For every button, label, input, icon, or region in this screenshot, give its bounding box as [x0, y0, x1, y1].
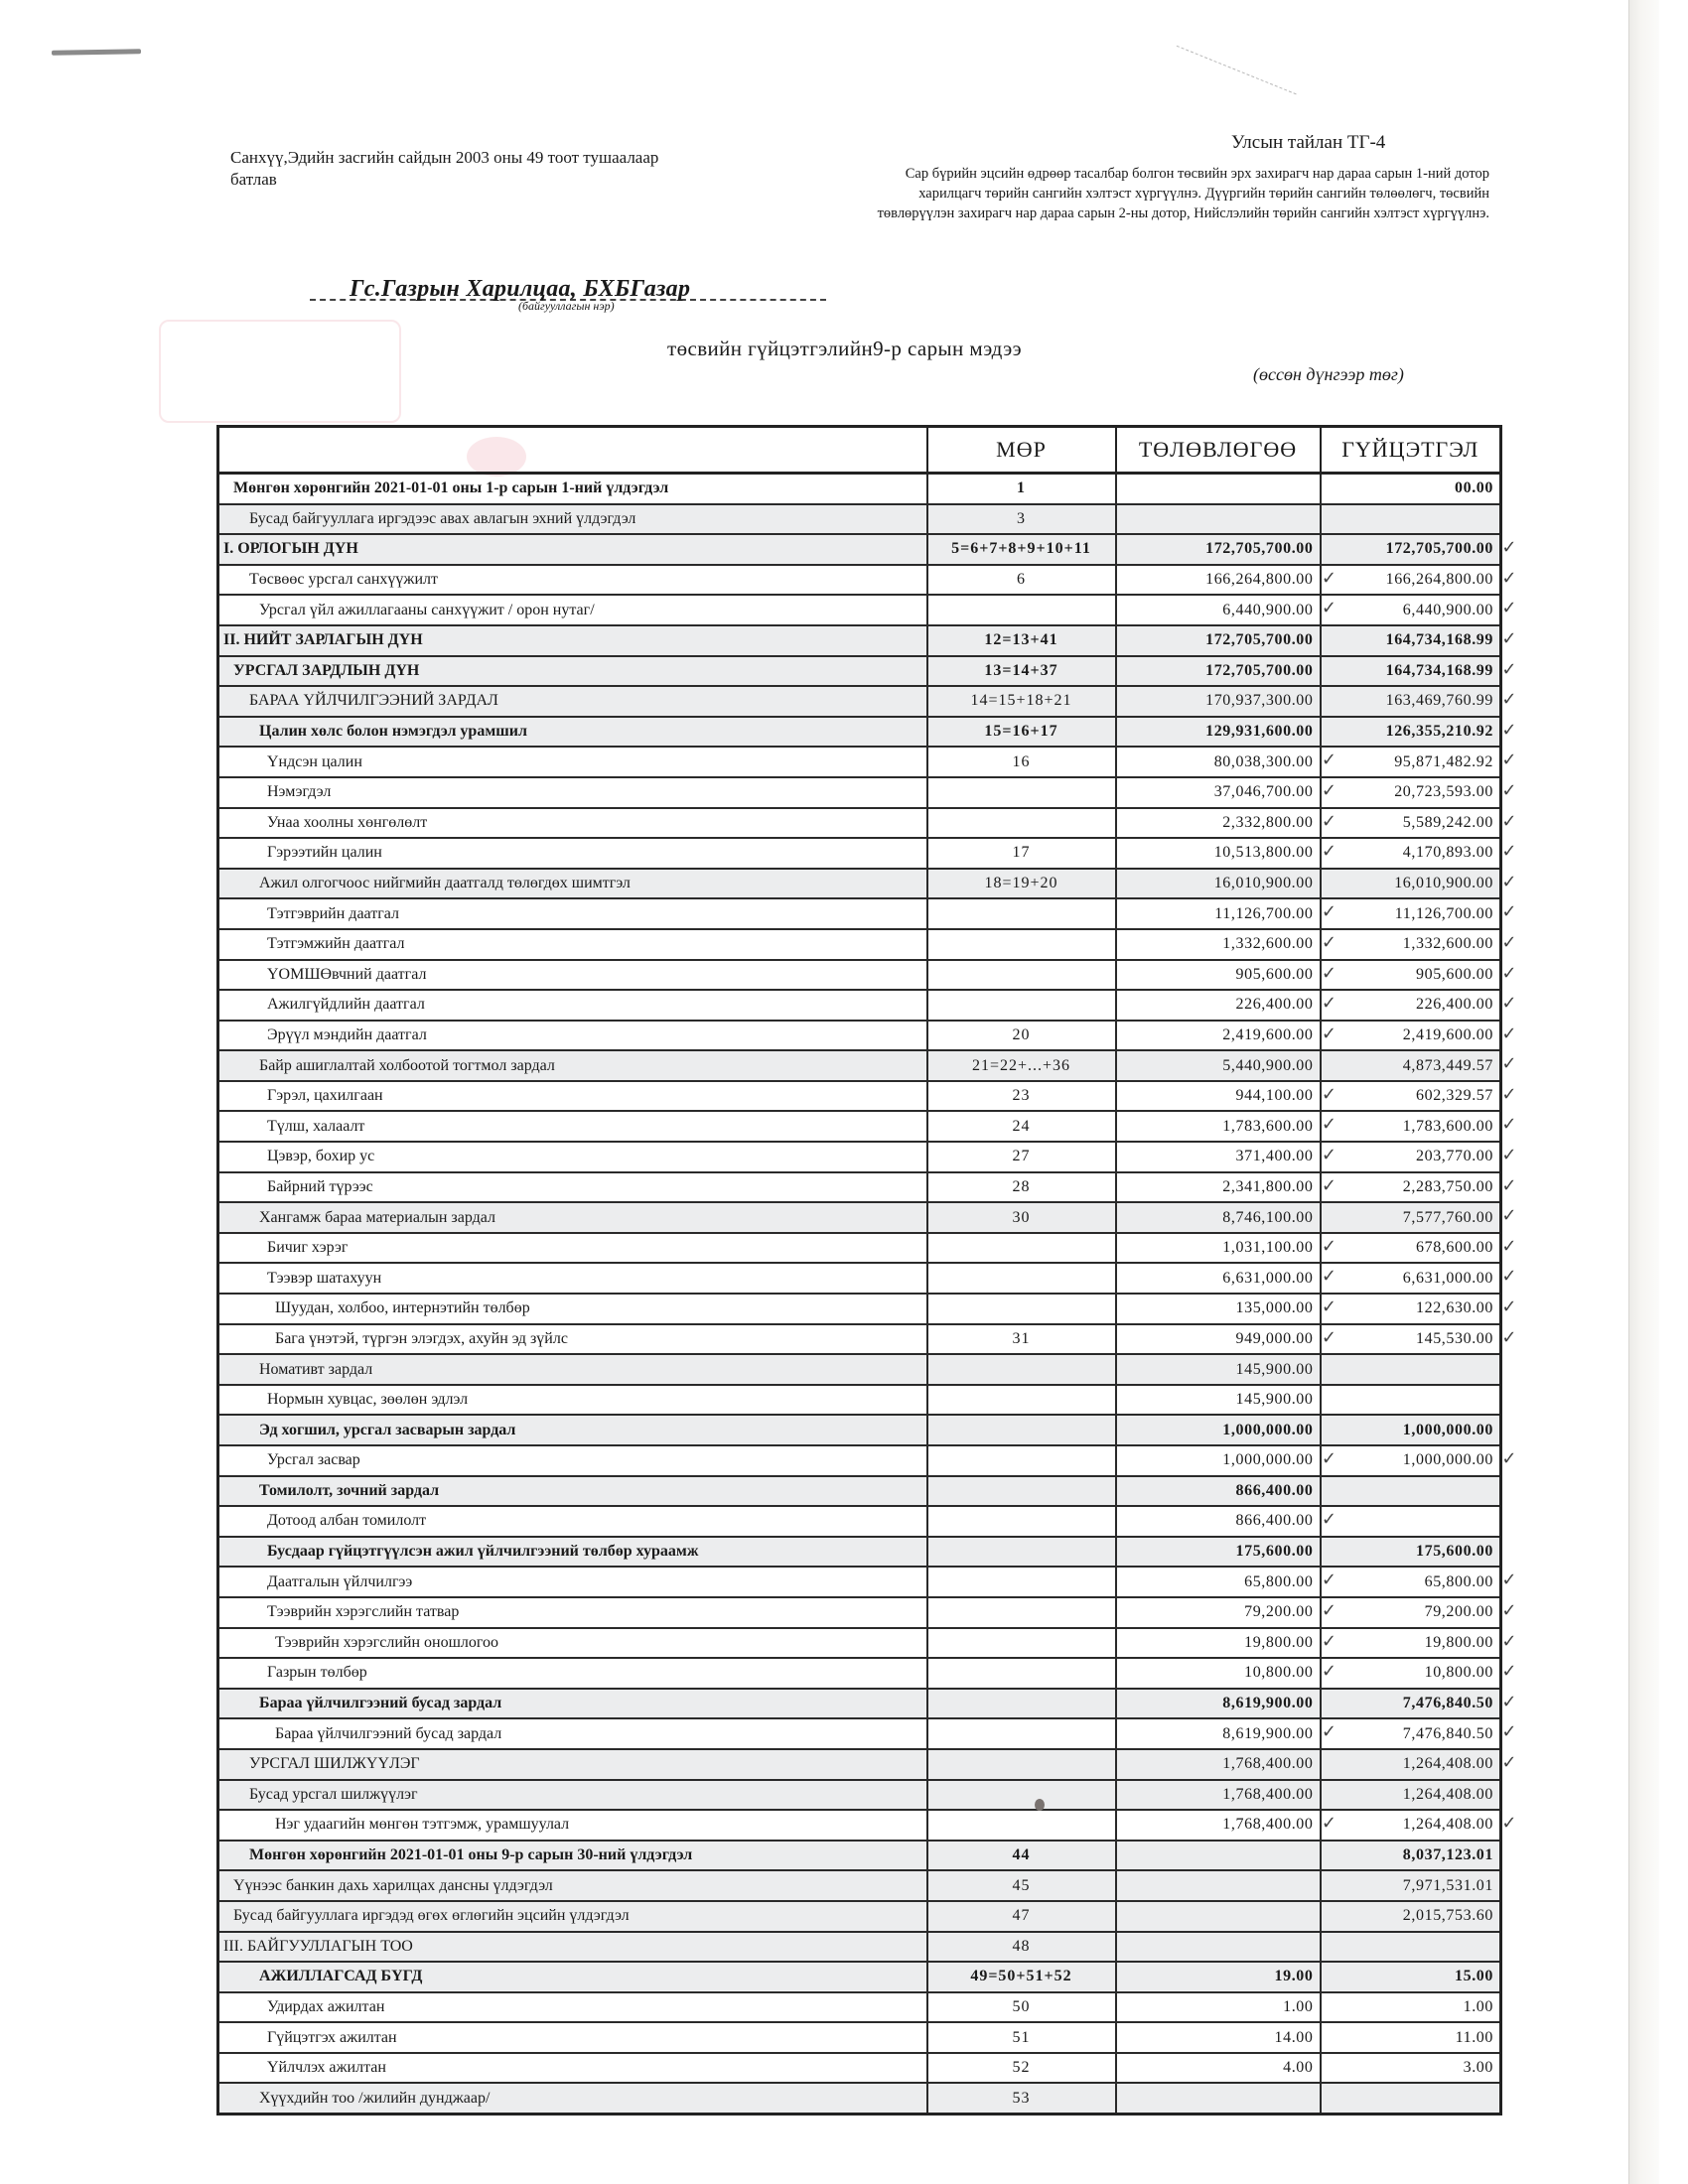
- table-row: Ажилгүйдлийн даатгал226,400.00✓226,400.0…: [218, 990, 1501, 1021]
- plan-value-cell: 1,768,400.00✓: [1116, 1810, 1321, 1841]
- table-row: Төсвөөс урсгал санхүүжилт6166,264,800.00…: [218, 565, 1501, 596]
- check-mark-icon: ✓: [1501, 1084, 1517, 1106]
- plan-value-cell-value: 14.00: [1275, 2029, 1314, 2046]
- table-row: Номативт зардал145,900.00✓: [218, 1354, 1501, 1385]
- plan-value-cell: 949,000.00✓: [1116, 1324, 1321, 1355]
- plan-value-cell: 1,000,000.00: [1116, 1415, 1321, 1445]
- table-header-row: МӨР ТӨЛӨВЛӨГӨӨ ГҮЙЦЭТГЭЛ: [218, 427, 1501, 474]
- check-mark-icon: ✓: [1501, 1205, 1517, 1227]
- plan-value-cell-value: 170,937,300.00: [1205, 692, 1313, 709]
- check-mark-icon: ✓: [1501, 1266, 1517, 1288]
- actual-value-cell: 1,000,000.00: [1321, 1415, 1501, 1445]
- plan-value-cell: 226,400.00✓: [1116, 990, 1321, 1021]
- row-code: 51: [927, 2022, 1116, 2053]
- plan-value-cell-value: 11,126,700.00: [1214, 905, 1313, 922]
- actual-value-cell: [1321, 1932, 1501, 1963]
- row-label: Бичиг хэрэг: [218, 1233, 927, 1264]
- row-code: 49=50+51+52: [927, 1962, 1116, 1992]
- row-code: 53: [927, 2083, 1116, 2114]
- actual-value-cell: 203,770.00✓: [1321, 1142, 1501, 1172]
- actual-value-cell: 602,329.57✓: [1321, 1081, 1501, 1112]
- table-row: Бусад урсгал шилжүүлэг1,768,400.001,264,…: [218, 1780, 1501, 1811]
- actual-value-cell: 2,283,750.00✓: [1321, 1172, 1501, 1203]
- plan-value-cell-value: 2,341,800.00: [1222, 1178, 1313, 1195]
- table-row: Дотоод албан томилолт866,400.00✓: [218, 1506, 1501, 1537]
- actual-value-cell-value: 1,783,600.00: [1403, 1118, 1493, 1135]
- row-label: Хүүхдийн тоо /жилийн дунджаар/: [218, 2083, 927, 2114]
- check-mark-icon: ✓: [1501, 659, 1517, 681]
- row-code: [927, 1658, 1116, 1689]
- row-label: БАРАА ҮЙЛЧИЛГЭЭНИЙ ЗАРДАЛ: [218, 686, 927, 717]
- row-code: [927, 595, 1116, 625]
- plan-value-cell: 14.00: [1116, 2022, 1321, 2053]
- actual-value-cell: 2,419,600.00✓: [1321, 1021, 1501, 1051]
- actual-value-cell-value: 1.00: [1464, 1998, 1493, 2015]
- row-code: 5=6+7+8+9+10+11: [927, 534, 1116, 565]
- actual-value-cell: [1321, 1506, 1501, 1537]
- row-code: 12=13+41: [927, 625, 1116, 656]
- row-code: [927, 1718, 1116, 1749]
- actual-value-cell-value: 7,476,840.50: [1403, 1695, 1493, 1711]
- actual-value-cell: 3.00: [1321, 2053, 1501, 2084]
- row-label: III. БАЙГУУЛЛАГЫН ТОО: [218, 1932, 927, 1963]
- check-mark-icon: ✓: [1501, 872, 1517, 893]
- actual-value-cell-value: 1,264,408.00: [1403, 1816, 1493, 1833]
- plan-value-cell: 166,264,800.00✓: [1116, 565, 1321, 596]
- plan-value-cell-value: 226,400.00: [1236, 996, 1314, 1013]
- row-code: [927, 1445, 1116, 1476]
- plan-value-cell: [1116, 1901, 1321, 1932]
- row-code: 30: [927, 1202, 1116, 1233]
- actual-value-cell: 5,589,242.00✓: [1321, 808, 1501, 839]
- actual-value-cell-value: 95,871,482.92: [1394, 753, 1493, 770]
- plan-value-cell: 1.00: [1116, 1992, 1321, 2023]
- row-label: Мөнгөн хөрөнгийн 2021-01-01 оны 9-р сары…: [218, 1841, 927, 1871]
- table-row: Даатгалын үйлчилгээ65,800.00✓65,800.00✓: [218, 1567, 1501, 1597]
- plan-value-cell: 79,200.00✓: [1116, 1597, 1321, 1628]
- table-row: Байрний түрээс282,341,800.00✓2,283,750.0…: [218, 1172, 1501, 1203]
- row-label: Гэрэл, цахилгаан: [218, 1081, 927, 1112]
- paper-edge: [1628, 0, 1659, 2184]
- row-code: [927, 1506, 1116, 1537]
- plan-value-cell-value: 19.00: [1275, 1968, 1314, 1984]
- actual-value-cell: [1321, 2083, 1501, 2114]
- table-row: УРСГАЛ ЗАРДЛЫН ДҮН13=14+37172,705,700.00…: [218, 656, 1501, 687]
- plan-value-cell: 2,332,800.00✓: [1116, 808, 1321, 839]
- plan-value-cell: 2,419,600.00✓: [1116, 1021, 1321, 1051]
- row-label: УРСГАЛ ЗАРДЛЫН ДҮН: [218, 656, 927, 687]
- row-code: [927, 777, 1116, 808]
- scan-mark: [52, 49, 141, 56]
- plan-value-cell: 65,800.00✓: [1116, 1567, 1321, 1597]
- check-mark-icon: ✓: [1501, 963, 1517, 985]
- row-label: Тээвэр шатахуун: [218, 1263, 927, 1294]
- actual-value-cell: 11,126,700.00✓: [1321, 898, 1501, 929]
- row-code: 1: [927, 474, 1116, 504]
- table-row: Эрүүл мэндийн даатгал202,419,600.00✓2,41…: [218, 1021, 1501, 1051]
- row-code: [927, 1476, 1116, 1507]
- plan-value-cell: 37,046,700.00✓: [1116, 777, 1321, 808]
- plan-value-cell: 19.00: [1116, 1962, 1321, 1992]
- plan-value-cell-value: 16,010,900.00: [1214, 875, 1314, 891]
- row-label: Тэтгэврийн даатгал: [218, 898, 927, 929]
- row-code: 48: [927, 1932, 1116, 1963]
- actual-value-cell-value: 7,476,840.50: [1403, 1725, 1493, 1742]
- plan-value-cell-value: 145,900.00: [1236, 1391, 1314, 1408]
- col-header-plan: ТӨЛӨВЛӨГӨӨ: [1116, 427, 1321, 474]
- table-row: Тэтгэврийн даатгал11,126,700.00✓11,126,7…: [218, 898, 1501, 929]
- row-label: Цалин хөлс болон нэмэгдэл урамшил: [218, 717, 927, 748]
- row-label: Байрний түрээс: [218, 1172, 927, 1203]
- table-row: Томилолт, зочний зардал866,400.00: [218, 1476, 1501, 1507]
- actual-value-cell: 1,783,600.00✓: [1321, 1111, 1501, 1142]
- row-label: Ажил олгогчоос нийгмийн даатгалд төлөгдө…: [218, 869, 927, 899]
- table-row: Унаа хоолны хөнгөлөлт2,332,800.00✓5,589,…: [218, 808, 1501, 839]
- actual-value-cell: 6,631,000.00✓: [1321, 1263, 1501, 1294]
- plan-value-cell-value: 8,619,900.00: [1222, 1725, 1313, 1742]
- plan-value-cell-value: 866,400.00: [1236, 1512, 1314, 1529]
- actual-value-cell-value: 905,600.00: [1416, 966, 1493, 983]
- row-code: [927, 1537, 1116, 1568]
- actual-value-cell: 20,723,593.00✓: [1321, 777, 1501, 808]
- row-code: 16: [927, 747, 1116, 777]
- check-mark-icon: ✓: [1501, 1752, 1517, 1774]
- row-label: Номативт зардал: [218, 1354, 927, 1385]
- row-label: I. ОРЛОГЫН ДҮН: [218, 534, 927, 565]
- check-mark-icon: ✓: [1501, 1114, 1517, 1136]
- plan-value-cell: 1,768,400.00✓: [1116, 1749, 1321, 1780]
- actual-value-cell: [1321, 1354, 1501, 1385]
- row-code: [927, 1780, 1116, 1811]
- table-row: Түлш, халаалт241,783,600.00✓1,783,600.00…: [218, 1111, 1501, 1142]
- plan-value-cell-value: 1,768,400.00: [1222, 1786, 1313, 1803]
- table-row: III. БАЙГУУЛЛАГЫН ТОО48: [218, 1932, 1501, 1963]
- plan-value-cell: [1116, 1932, 1321, 1963]
- table-row: Цалин хөлс болон нэмэгдэл урамшил15=16+1…: [218, 717, 1501, 748]
- plan-value-cell-value: 4.00: [1283, 2059, 1313, 2076]
- actual-value-cell: 10,800.00✓: [1321, 1658, 1501, 1689]
- actual-value-cell: 7,971,531.01: [1321, 1870, 1501, 1901]
- row-code: [927, 1628, 1116, 1659]
- plan-value-cell-value: 172,705,700.00: [1205, 631, 1313, 648]
- table-row: Байр ашиглалтай холбоотой тогтмол зардал…: [218, 1050, 1501, 1081]
- fold-mark: [1176, 46, 1296, 96]
- row-label: Бусдаар гүйцэтгүүлсэн ажил үйлчилгээний …: [218, 1537, 927, 1568]
- row-label: Хангамж бараа материалын зардал: [218, 1202, 927, 1233]
- plan-value-cell-value: 145,900.00: [1236, 1361, 1314, 1378]
- actual-value-cell-value: 20,723,593.00: [1394, 783, 1493, 800]
- actual-value-cell-value: 15.00: [1455, 1968, 1493, 1984]
- table-row: Шуудан, холбоо, интернэтийн төлбөр135,00…: [218, 1294, 1501, 1324]
- table-row: Тээврийн хэрэгслийн татвар79,200.00✓79,2…: [218, 1597, 1501, 1628]
- plan-value-cell: 1,768,400.00: [1116, 1780, 1321, 1811]
- plan-value-cell-value: 2,332,800.00: [1222, 814, 1313, 831]
- table-row: Ажил олгогчоос нийгмийн даатгалд төлөгдө…: [218, 869, 1501, 899]
- actual-value-cell: 122,630.00✓: [1321, 1294, 1501, 1324]
- plan-value-cell: 6,440,900.00✓: [1116, 595, 1321, 625]
- table-row: Хүүхдийн тоо /жилийн дунджаар/53: [218, 2083, 1501, 2114]
- row-label: Нормын хувцас, зөөлөн эдлэл: [218, 1385, 927, 1416]
- actual-value-cell: 226,400.00✓: [1321, 990, 1501, 1021]
- actual-value-cell-value: 166,264,800.00: [1386, 571, 1493, 588]
- row-code: [927, 990, 1116, 1021]
- actual-value-cell: 1,000,000.00✓: [1321, 1445, 1501, 1476]
- plan-value-cell-value: 8,619,900.00: [1222, 1695, 1313, 1711]
- row-label: Гэрээтийн цалин: [218, 838, 927, 869]
- check-mark-icon: ✓: [1501, 780, 1517, 802]
- table-row: Нэг удаагийн мөнгөн тэтгэмж, урамшуулал1…: [218, 1810, 1501, 1841]
- plan-value-cell: 1,000,000.00✓: [1116, 1445, 1321, 1476]
- actual-value-cell-value: 00.00: [1455, 479, 1493, 496]
- table-row: Бага үнэтэй, түргэн элэгдэх, ахуйн эд зү…: [218, 1324, 1501, 1355]
- check-mark-icon: ✓: [1501, 750, 1517, 771]
- plan-value-cell: 129,931,600.00✓: [1116, 717, 1321, 748]
- check-mark-icon: ✓: [1501, 993, 1517, 1015]
- row-label: Ажилгүйдлийн даатгал: [218, 990, 927, 1021]
- plan-value-cell-value: 1,000,000.00: [1222, 1451, 1313, 1468]
- row-code: [927, 1263, 1116, 1294]
- check-mark-icon: ✓: [1501, 1236, 1517, 1258]
- row-code: 21=22+...+36: [927, 1050, 1116, 1081]
- plan-value-cell: 866,400.00: [1116, 1476, 1321, 1507]
- table-row: ҮОМШӨвчний даатгал905,600.00✓905,600.00✓: [218, 960, 1501, 991]
- check-mark-icon: ✓: [1501, 1145, 1517, 1166]
- actual-value-cell-value: 122,630.00: [1416, 1299, 1493, 1316]
- actual-value-cell: 126,355,210.92✓: [1321, 717, 1501, 748]
- actual-value-cell-value: 3.00: [1464, 2059, 1493, 2076]
- actual-value-cell: 145,530.00✓: [1321, 1324, 1501, 1355]
- plan-value-cell: 172,705,700.00✓: [1116, 656, 1321, 687]
- plan-value-cell-value: 905,600.00: [1236, 966, 1314, 983]
- actual-value-cell-value: 8,037,123.01: [1403, 1846, 1493, 1863]
- plan-value-cell: 905,600.00✓: [1116, 960, 1321, 991]
- row-code: 45: [927, 1870, 1116, 1901]
- table-row: Цэвэр, бохир ус27371,400.00✓203,770.00✓: [218, 1142, 1501, 1172]
- row-code: [927, 808, 1116, 839]
- actual-value-cell-value: 163,469,760.99: [1386, 692, 1493, 709]
- row-label: Үйлчлэх ажилтан: [218, 2053, 927, 2084]
- actual-value-cell-value: 11.00: [1456, 2029, 1493, 2046]
- check-mark-icon: ✓: [1501, 537, 1517, 559]
- actual-value-cell: 7,476,840.50✓: [1321, 1689, 1501, 1719]
- actual-value-cell-value: 2,015,753.60: [1403, 1907, 1493, 1924]
- row-label: Удирдах ажилтан: [218, 1992, 927, 2023]
- plan-value-cell-value: 19,800.00: [1244, 1634, 1313, 1651]
- plan-value-cell-value: 1,332,600.00: [1222, 935, 1313, 952]
- row-label: Нэмэгдэл: [218, 777, 927, 808]
- actual-value-cell-value: 1,332,600.00: [1403, 935, 1493, 952]
- check-mark-icon: ✓: [1501, 689, 1517, 711]
- row-label: Бараа үйлчилгээний бусад зардал: [218, 1689, 927, 1719]
- actual-value-cell-value: 226,400.00: [1416, 996, 1493, 1013]
- actual-value-cell: 163,469,760.99✓: [1321, 686, 1501, 717]
- plan-value-cell: 4.00: [1116, 2053, 1321, 2084]
- row-code: [927, 1354, 1116, 1385]
- row-label: Байр ашиглалтай холбоотой тогтмол зардал: [218, 1050, 927, 1081]
- plan-value-cell: 8,619,900.00✓: [1116, 1689, 1321, 1719]
- row-code: [927, 1294, 1116, 1324]
- row-code: [927, 1567, 1116, 1597]
- actual-value-cell: [1321, 504, 1501, 535]
- plan-value-cell: 135,000.00✓: [1116, 1294, 1321, 1324]
- actual-value-cell: 175,600.00: [1321, 1537, 1501, 1568]
- check-mark-icon: ✓: [1501, 1297, 1517, 1318]
- actual-value-cell-value: 4,873,449.57: [1403, 1057, 1493, 1074]
- plan-value-cell: 1,332,600.00✓: [1116, 929, 1321, 960]
- row-code: 14=15+18+21: [927, 686, 1116, 717]
- row-label: Нэг удаагийн мөнгөн тэтгэмж, урамшуулал: [218, 1810, 927, 1841]
- actual-value-cell-value: 164,734,168.99: [1386, 662, 1493, 679]
- faded-stamp: [159, 320, 401, 423]
- actual-value-cell-value: 16,010,900.00: [1394, 875, 1493, 891]
- actual-value-cell: 4,873,449.57✓: [1321, 1050, 1501, 1081]
- actual-value-cell: 1,264,408.00✓: [1321, 1749, 1501, 1780]
- plan-value-cell-value: 371,400.00: [1236, 1148, 1314, 1164]
- plan-value-cell: 6,631,000.00✓: [1116, 1263, 1321, 1294]
- check-mark-icon: ✓: [1501, 1692, 1517, 1713]
- table-row: Нормын хувцас, зөөлөн эдлэл145,900.00: [218, 1385, 1501, 1416]
- row-code: 44: [927, 1841, 1116, 1871]
- plan-value-cell-value: 1,000,000.00: [1222, 1422, 1313, 1438]
- table-row: Мөнгөн хөрөнгийн 2021-01-01 оны 1-р сары…: [218, 474, 1501, 504]
- plan-value-cell: 1,783,600.00✓: [1116, 1111, 1321, 1142]
- row-label: Тээврийн хэрэгслийн татвар: [218, 1597, 927, 1628]
- row-code: [927, 1810, 1116, 1841]
- row-label: ҮОМШӨвчний даатгал: [218, 960, 927, 991]
- col-header-row: МӨР: [927, 427, 1116, 474]
- row-label: Түлш, халаалт: [218, 1111, 927, 1142]
- table-row: Тээврийн хэрэгслийн оношлогоо19,800.00✓1…: [218, 1628, 1501, 1659]
- check-mark-icon: ✓: [1501, 1600, 1517, 1622]
- row-label: Бусад урсгал шилжүүлэг: [218, 1780, 927, 1811]
- table-row: Тэтгэмжийн даатгал1,332,600.00✓1,332,600…: [218, 929, 1501, 960]
- check-mark-icon: ✓: [1501, 598, 1517, 619]
- plan-value-cell: 5,440,900.00✓: [1116, 1050, 1321, 1081]
- plan-value-cell-value: 949,000.00: [1236, 1330, 1314, 1347]
- check-mark-icon: ✓: [1501, 628, 1517, 650]
- row-code: 17: [927, 838, 1116, 869]
- table-row: Нэмэгдэл37,046,700.00✓20,723,593.00✓: [218, 777, 1501, 808]
- table-row: Удирдах ажилтан501.001.00: [218, 1992, 1501, 2023]
- table-row: БАРАА ҮЙЛЧИЛГЭЭНИЙ ЗАРДАЛ14=15+18+21170,…: [218, 686, 1501, 717]
- actual-value-cell-value: 203,770.00: [1416, 1148, 1493, 1164]
- plan-value-cell: 944,100.00✓: [1116, 1081, 1321, 1112]
- budget-execution-table: МӨР ТӨЛӨВЛӨГӨӨ ГҮЙЦЭТГЭЛ Мөнгөн хөрөнгий…: [216, 425, 1502, 2116]
- plan-value-cell: 19,800.00✓: [1116, 1628, 1321, 1659]
- table-row: АЖИЛЛАГСАД БҮГД49=50+51+5219.0015.00: [218, 1962, 1501, 1992]
- plan-value-cell: [1116, 2083, 1321, 2114]
- row-label: Урсгал засвар: [218, 1445, 927, 1476]
- row-label: Бусад байгууллага иргэдэд өгөх өглөгийн …: [218, 1901, 927, 1932]
- row-code: [927, 1689, 1116, 1719]
- plan-value-cell-value: 866,400.00: [1236, 1482, 1314, 1499]
- row-label: Томилолт, зочний зардал: [218, 1476, 927, 1507]
- table-row: II. НИЙТ ЗАРЛАГЫН ДҮН12=13+41172,705,700…: [218, 625, 1501, 656]
- check-mark-icon: ✓: [1501, 1661, 1517, 1683]
- plan-value-cell-value: 37,046,700.00: [1214, 783, 1314, 800]
- row-code: [927, 1597, 1116, 1628]
- approval-line-2: батлав: [230, 169, 786, 191]
- plan-value-cell-value: 10,513,800.00: [1214, 844, 1314, 861]
- row-code: 31: [927, 1324, 1116, 1355]
- row-label: Бага үнэтэй, түргэн элэгдэх, ахуйн эд зү…: [218, 1324, 927, 1355]
- plan-value-cell: 175,600.00: [1116, 1537, 1321, 1568]
- plan-value-cell-value: 10,800.00: [1244, 1664, 1313, 1681]
- actual-value-cell: 1.00: [1321, 1992, 1501, 2023]
- check-mark-icon: ✓: [1501, 1570, 1517, 1591]
- actual-value-cell-value: 172,705,700.00: [1386, 540, 1493, 557]
- check-mark-icon: ✓: [1501, 1024, 1517, 1045]
- actual-value-cell: 79,200.00✓: [1321, 1597, 1501, 1628]
- plan-value-cell-value: 1,783,600.00: [1222, 1118, 1313, 1135]
- plan-value-cell-value: 6,631,000.00: [1222, 1270, 1313, 1287]
- row-code: [927, 1233, 1116, 1264]
- table-row: Гэрэл, цахилгаан23944,100.00✓602,329.57✓: [218, 1081, 1501, 1112]
- row-code: 20: [927, 1021, 1116, 1051]
- plan-value-cell: 170,937,300.00✓: [1116, 686, 1321, 717]
- plan-value-cell-value: 129,931,600.00: [1205, 723, 1313, 740]
- actual-value-cell: 172,705,700.00✓: [1321, 534, 1501, 565]
- table-row: Хангамж бараа материалын зардал308,746,1…: [218, 1202, 1501, 1233]
- plan-value-cell: 16,010,900.00✓: [1116, 869, 1321, 899]
- table-row: Бараа үйлчилгээний бусад зардал8,619,900…: [218, 1689, 1501, 1719]
- col-header-name: [218, 427, 927, 474]
- row-code: [927, 929, 1116, 960]
- plan-value-cell: 8,619,900.00✓: [1116, 1718, 1321, 1749]
- plan-value-cell: [1116, 504, 1321, 535]
- row-code: 6: [927, 565, 1116, 596]
- actual-value-cell-value: 65,800.00: [1425, 1573, 1493, 1590]
- table-row: УРСГАЛ ШИЛЖҮҮЛЭГ1,768,400.00✓1,264,408.0…: [218, 1749, 1501, 1780]
- row-label: Тээврийн хэрэгслийн оношлогоо: [218, 1628, 927, 1659]
- check-mark-icon: ✓: [1501, 811, 1517, 833]
- row-code: 27: [927, 1142, 1116, 1172]
- actual-value-cell: 6,440,900.00✓: [1321, 595, 1501, 625]
- actual-value-cell: 7,577,760.00✓: [1321, 1202, 1501, 1233]
- row-label: Мөнгөн хөрөнгийн 2021-01-01 оны 1-р сары…: [218, 474, 927, 504]
- check-mark-icon: ✓: [1501, 932, 1517, 954]
- row-label: Үүнээс банкин дахь харилцах дансны үлдэг…: [218, 1870, 927, 1901]
- actual-value-cell: 00.00: [1321, 474, 1501, 504]
- row-label: Цэвэр, бохир ус: [218, 1142, 927, 1172]
- actual-value-cell-value: 6,631,000.00: [1403, 1270, 1493, 1287]
- actual-value-cell: 11.00: [1321, 2022, 1501, 2053]
- plan-value-cell: 11,126,700.00✓: [1116, 898, 1321, 929]
- plan-value-cell: 145,900.00✓: [1116, 1354, 1321, 1385]
- actual-value-cell: 2,015,753.60: [1321, 1901, 1501, 1932]
- row-label: Шуудан, холбоо, интернэтийн төлбөр: [218, 1294, 927, 1324]
- actual-value-cell: [1321, 1476, 1501, 1507]
- plan-value-cell-value: 172,705,700.00: [1205, 662, 1313, 679]
- actual-value-cell: 905,600.00✓: [1321, 960, 1501, 991]
- table-row: Гэрээтийн цалин1710,513,800.00✓4,170,893…: [218, 838, 1501, 869]
- col-header-actual: ГҮЙЦЭТГЭЛ: [1321, 427, 1501, 474]
- actual-value-cell: 1,264,408.00: [1321, 1780, 1501, 1811]
- ink-spot: [1035, 1799, 1045, 1811]
- actual-value-cell: 8,037,123.01: [1321, 1841, 1501, 1871]
- table-row: Гүйцэтгэх ажилтан5114.0011.00: [218, 2022, 1501, 2053]
- row-code: [927, 1749, 1116, 1780]
- unit-note: (өссөн дүнгээр төг): [1253, 364, 1404, 385]
- plan-value-cell: [1116, 474, 1321, 504]
- table-row: I. ОРЛОГЫН ДҮН5=6+7+8+9+10+11172,705,700…: [218, 534, 1501, 565]
- plan-value-cell-value: 1.00: [1283, 1998, 1313, 2015]
- row-label: Даатгалын үйлчилгээ: [218, 1567, 927, 1597]
- check-mark-icon: ✓: [1501, 1327, 1517, 1349]
- organization-block: Гс.Газрын Харилцаа, БХБГазар (байгууллаг…: [310, 276, 826, 314]
- row-label: Үндсэн цалин: [218, 747, 927, 777]
- plan-value-cell: [1116, 1841, 1321, 1871]
